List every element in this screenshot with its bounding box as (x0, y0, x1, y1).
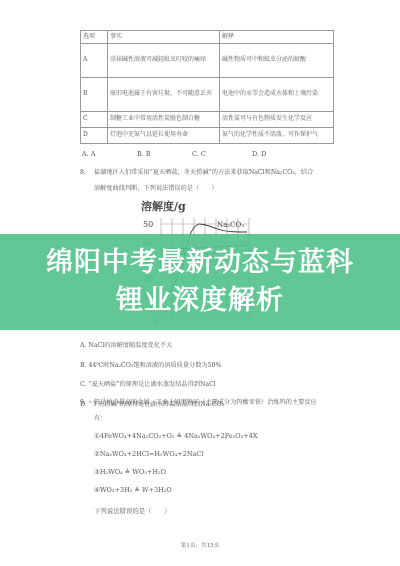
q8-answer-b: B. 44℃时Na₂CO₃饱和溶液的溶质质量分数为50% (80, 360, 340, 369)
q7-option-b: B. B (137, 150, 192, 158)
q9-equation-4: ④WO₃+3H₂ ≜ W+3H₂O (80, 486, 340, 494)
page-footer: 第1页，共15页 (0, 541, 400, 549)
table-cell-option: D (81, 127, 108, 143)
q7-section: 选项 事实 解释 A 涂抹碱性溶液可减轻蚊虫叮咬的痛痒 碱性物质可中和蚊虫分泌的… (80, 30, 334, 158)
table-header-explanation: 解释 (220, 31, 334, 44)
table-row: D 灯泡中充氮气以延长使用寿命 氮气的化学性质不活泼，可作保护气 (81, 127, 334, 143)
q9-text-line1: 钨是熔点最高的金属，工业上用黑钨矿（主要成分为钨酸亚铁）冶炼钨的主要反应 (94, 399, 317, 406)
q9-question: 9.钨是熔点最高的金属，工业上用黑钨矿（主要成分为钨酸亚铁）冶炼钨的主要反应 有… (80, 397, 340, 515)
title-banner: 绵阳中考最新动态与蓝科锂业深度解析 (0, 234, 400, 330)
q8-text-line1: 盐湖地区人们常采用“夏天晒盐，冬天捞碱”的方法来获取NaCl和Na₂CO₃，结合 (94, 169, 313, 176)
banner-title: 绵阳中考最新动态与蓝科锂业深度解析 (35, 244, 365, 320)
table-cell-explanation: 活性炭可与有色物质发生化学反应 (220, 111, 334, 127)
table-header-row: 选项 事实 解释 (81, 31, 334, 44)
q7-option-d: D. D (252, 150, 266, 158)
q7-options: A. A B. B C. C D. D (80, 150, 334, 158)
table-cell-fact: 制糖工业中常用活性炭脱色制白糖 (108, 111, 220, 127)
table-cell-option: B (81, 77, 108, 111)
table-cell-fact: 涂抹碱性溶液可减轻蚊虫叮咬的痛痒 (108, 43, 220, 77)
q8-answer-c: C. “夏天晒盐”的原理是让湖水蒸发结晶得到NaCl (80, 379, 340, 388)
q8-text-line2: 溶解度曲线判断，下列说法错误的是（ ） (80, 183, 340, 192)
q8-number: 8. (80, 169, 94, 176)
document-page: 选项 事实 解释 A 涂抹碱性溶液可减轻蚊虫叮咬的痛痒 碱性物质可中和蚊虫分泌的… (0, 0, 400, 566)
table-cell-explanation: 电池中的汞等会造成水体和土壤污染 (220, 77, 334, 111)
q8-answer-a: A. NaCl的溶解度随温度变化不大 (80, 340, 340, 349)
q9-ask: 下列说法错误的是（ ） (80, 506, 340, 515)
table-row: B 废旧电池属于有害垃圾，不可随意丢弃 电池中的汞等会造成水体和土壤污染 (81, 77, 334, 111)
label-na2co3: Na₂CO₃ (217, 221, 244, 229)
q9-text-line2: 有： (80, 413, 340, 422)
table-cell-explanation: 氮气的化学性质不活泼，可作保护气 (220, 127, 334, 143)
q9-number: 9. (80, 399, 94, 406)
table-row: A 涂抹碱性溶液可减轻蚊虫叮咬的痛痒 碱性物质可中和蚊虫分泌的蚁酸 (81, 43, 334, 77)
q8-question: 8.盐湖地区人们常采用“夏天晒盐，冬天捞碱”的方法来获取NaCl和Na₂CO₃，… (80, 167, 340, 192)
table-cell-fact: 灯泡中充氮气以延长使用寿命 (108, 127, 220, 143)
q7-option-a: A. A (82, 150, 137, 158)
table-cell-fact: 废旧电池属于有害垃圾，不可随意丢弃 (108, 77, 220, 111)
q9-equation-3: ③H₂WO₄ ≜ WO₃+H₂O (80, 468, 340, 476)
table-cell-option: C (81, 111, 108, 127)
table-header-option: 选项 (81, 31, 108, 44)
q7-table: 选项 事实 解释 A 涂抹碱性溶液可减轻蚊虫叮咬的痛痒 碱性物质可中和蚊虫分泌的… (80, 30, 334, 144)
table-cell-option: A (81, 43, 108, 77)
table-cell-explanation: 碱性物质可中和蚊虫分泌的蚁酸 (220, 43, 334, 77)
table-row: C 制糖工业中常用活性炭脱色制白糖 活性炭可与有色物质发生化学反应 (81, 111, 334, 127)
q9-equation-1: ①4FeWO₄+4Na₂CO₃+O₂ ≜ 4Na₂WO₄+2Fe₂O₃+4X (80, 432, 340, 440)
table-header-fact: 事实 (108, 31, 220, 44)
svg-text:50: 50 (143, 220, 153, 229)
q9-equation-2: ②Na₂WO₄+2HCl=H₂WO₄+2NaCl (80, 450, 340, 458)
q7-option-c: C. C (192, 150, 252, 158)
